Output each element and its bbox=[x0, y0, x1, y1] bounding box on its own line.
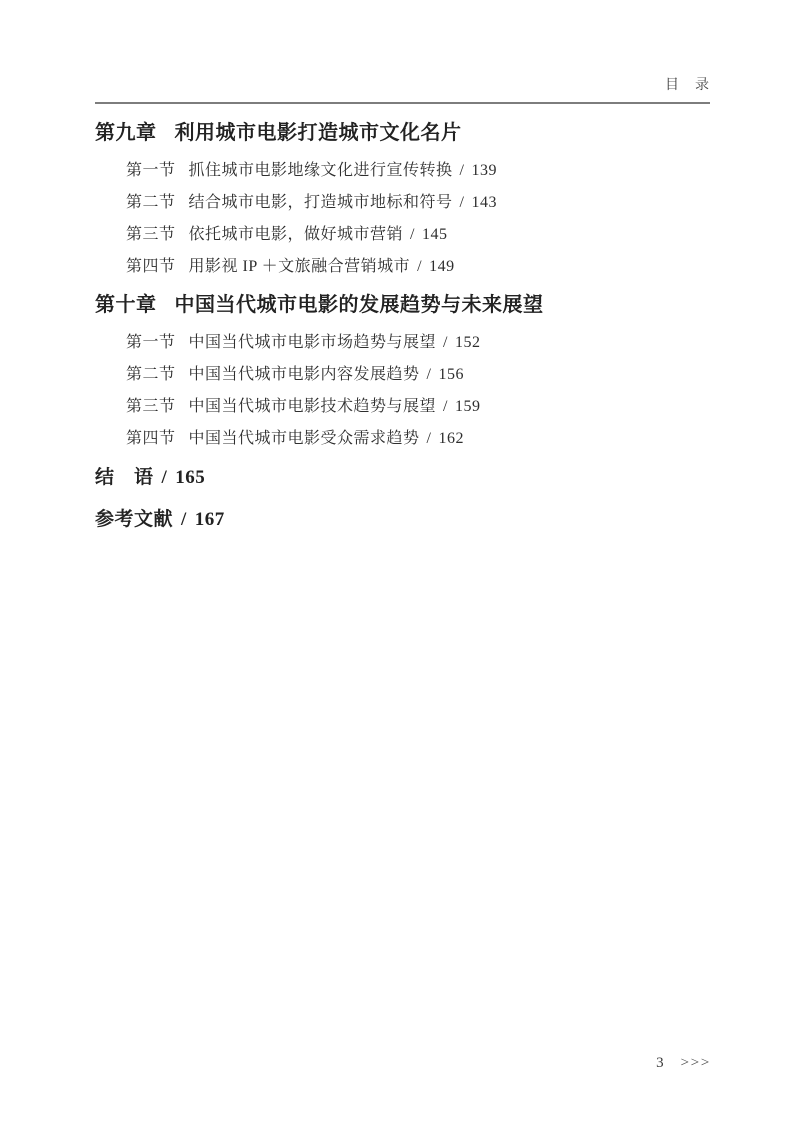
toc-entry: 第二节中国当代城市电影内容发展趋势/156 bbox=[126, 359, 710, 391]
chapter-title: 中国当代城市电影的发展趋势与未来展望 bbox=[175, 294, 544, 316]
section-label: 第三节 bbox=[126, 226, 176, 243]
end-entry-title: 结 语 bbox=[95, 467, 154, 488]
end-entry-page-number: 165 bbox=[175, 467, 205, 488]
separator: / bbox=[443, 398, 448, 415]
chapter-section-list: 第一节抓住城市电影地缘文化进行宣传转换/139 第二节结合城市电影，打造城市地标… bbox=[126, 155, 710, 283]
chapter-section-list: 第一节中国当代城市电影市场趋势与展望/152 第二节中国当代城市电影内容发展趋势… bbox=[126, 327, 710, 455]
section-label: 第三节 bbox=[126, 398, 176, 415]
toc-entry: 第四节用影视 IP ＋文旅融合营销城市/149 bbox=[126, 251, 710, 283]
chapter-heading: 第九章利用城市电影打造城市文化名片 bbox=[95, 120, 710, 146]
section-page-number: 159 bbox=[455, 398, 481, 415]
end-entry-title: 参考文献 bbox=[95, 509, 173, 530]
toc-page: 目 录 第九章利用城市电影打造城市文化名片 第一节抓住城市电影地缘文化进行宣传转… bbox=[0, 0, 799, 1124]
separator: / bbox=[181, 509, 187, 530]
section-page-number: 139 bbox=[471, 162, 497, 179]
separator: / bbox=[410, 226, 415, 243]
chapter-label: 第十章 bbox=[95, 294, 157, 316]
toc-entry: 第一节抓住城市电影地缘文化进行宣传转换/139 bbox=[126, 155, 710, 187]
toc-entry: 第四节中国当代城市电影受众需求趋势/162 bbox=[126, 423, 710, 455]
section-page-number: 156 bbox=[438, 366, 464, 383]
separator: / bbox=[427, 366, 432, 383]
section-title: 结合城市电影，打造城市地标和符号 bbox=[189, 194, 453, 211]
section-page-number: 152 bbox=[455, 334, 481, 351]
running-head: 目 录 bbox=[95, 78, 710, 94]
chapter-title: 利用城市电影打造城市文化名片 bbox=[175, 122, 462, 144]
section-title: 中国当代城市电影技术趋势与展望 bbox=[189, 398, 437, 415]
section-title: 抓住城市电影地缘文化进行宣传转换 bbox=[189, 162, 453, 179]
separator: / bbox=[443, 334, 448, 351]
separator: / bbox=[162, 467, 168, 488]
separator: / bbox=[417, 258, 422, 275]
section-page-number: 145 bbox=[422, 226, 448, 243]
page-number: 3 bbox=[656, 1055, 664, 1071]
toc-end-entry-references: 参考文献/167 bbox=[95, 507, 710, 533]
separator: / bbox=[427, 430, 432, 447]
section-label: 第二节 bbox=[126, 366, 176, 383]
chapter-heading: 第十章中国当代城市电影的发展趋势与未来展望 bbox=[95, 292, 710, 318]
toc-entry: 第三节依托城市电影，做好城市营销/145 bbox=[126, 219, 710, 251]
section-title: 依托城市电影，做好城市营销 bbox=[189, 226, 404, 243]
section-title: 中国当代城市电影内容发展趋势 bbox=[189, 366, 420, 383]
toc-entry: 第三节中国当代城市电影技术趋势与展望/159 bbox=[126, 391, 710, 423]
triple-chevron-icon: >>> bbox=[680, 1054, 710, 1072]
section-label: 第四节 bbox=[126, 258, 176, 275]
section-label: 第一节 bbox=[126, 162, 176, 179]
separator: / bbox=[460, 194, 465, 211]
section-page-number: 149 bbox=[429, 258, 455, 275]
page-content: 目 录 第九章利用城市电影打造城市文化名片 第一节抓住城市电影地缘文化进行宣传转… bbox=[0, 0, 799, 533]
toc-entry: 第一节中国当代城市电影市场趋势与展望/152 bbox=[126, 327, 710, 359]
page-footer: 3>>> bbox=[656, 1053, 710, 1073]
section-page-number: 162 bbox=[438, 430, 464, 447]
section-title: 中国当代城市电影市场趋势与展望 bbox=[189, 334, 437, 351]
section-label: 第四节 bbox=[126, 430, 176, 447]
header-rule bbox=[95, 102, 710, 104]
section-title: 用影视 IP ＋文旅融合营销城市 bbox=[189, 258, 411, 275]
toc-entry: 第二节结合城市电影，打造城市地标和符号/143 bbox=[126, 187, 710, 219]
separator: / bbox=[460, 162, 465, 179]
section-label: 第二节 bbox=[126, 194, 176, 211]
section-title: 中国当代城市电影受众需求趋势 bbox=[189, 430, 420, 447]
section-label: 第一节 bbox=[126, 334, 176, 351]
end-entry-page-number: 167 bbox=[195, 509, 225, 530]
toc-end-entry-conclusion: 结 语/165 bbox=[95, 465, 710, 491]
section-page-number: 143 bbox=[471, 194, 497, 211]
chapter-label: 第九章 bbox=[95, 122, 157, 144]
